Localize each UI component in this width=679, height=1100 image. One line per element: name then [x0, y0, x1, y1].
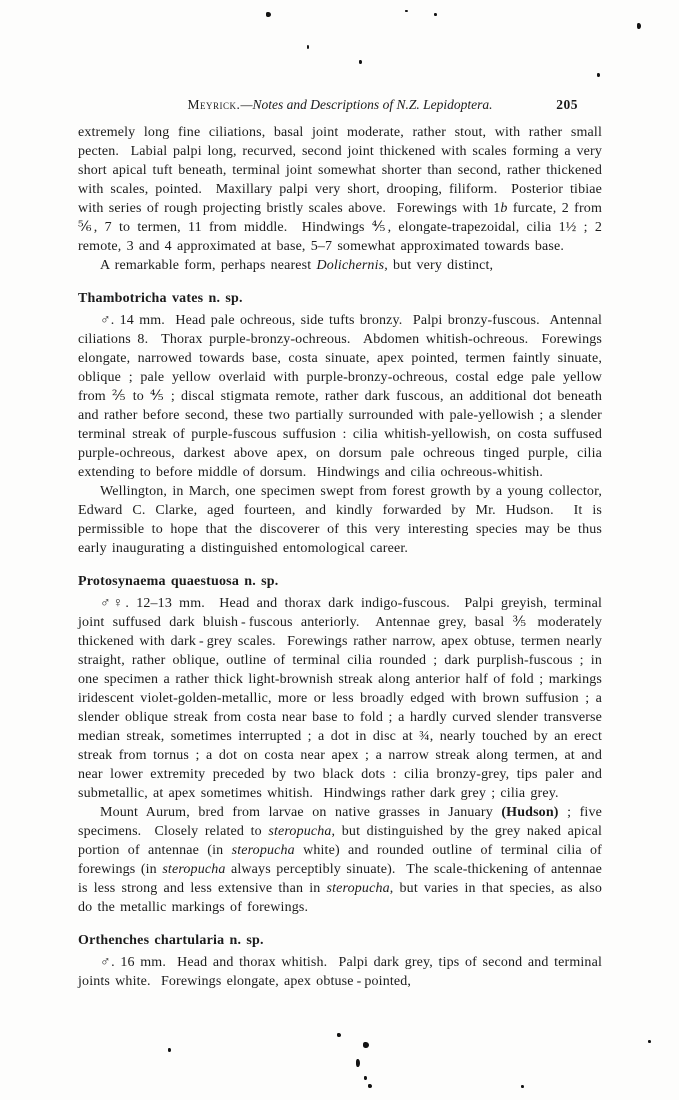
- text-run: ♂♀. 12–13 mm. Head and thorax dark indig…: [78, 596, 602, 801]
- paragraph: ♂. 14 mm. Head pale ochreous, side tufts…: [78, 311, 602, 482]
- scan-speck: [364, 1076, 367, 1080]
- paragraph: Wellington, in March, one specimen swept…: [78, 482, 602, 558]
- text-run: A remarkable form, perhaps nearest: [100, 258, 316, 273]
- paragraph: ♂. 16 mm. Head and thorax whitish. Palpi…: [78, 953, 602, 991]
- species-heading: Orthenches chartularia n. sp.: [78, 931, 602, 950]
- text-run: ♂. 14 mm. Head pale ochreous, side tufts…: [78, 313, 602, 480]
- scan-speck: [597, 73, 600, 77]
- scanned-page: Meyrick.—Notes and Descriptions of N.Z. …: [0, 0, 679, 1100]
- species-heading: Thambotricha vates n. sp.: [78, 289, 602, 308]
- scan-speck: [356, 1059, 360, 1067]
- text-run: Protosynaema quaestuosa n. sp.: [78, 574, 278, 589]
- scan-speck: [337, 1033, 341, 1037]
- text-run: Thambotricha vates n. sp.: [78, 291, 243, 306]
- scan-speck: [648, 1040, 651, 1043]
- text-run: Orthenches chartularia n. sp.: [78, 933, 264, 948]
- text-run: steropucha: [327, 881, 390, 896]
- scan-speck: [307, 45, 309, 49]
- text-run: Dolichernis: [316, 258, 384, 273]
- page-body: extremely long fine ciliations, basal jo…: [78, 123, 602, 991]
- scan-speck: [168, 1048, 171, 1052]
- paragraph: extremely long fine ciliations, basal jo…: [78, 123, 602, 256]
- scan-speck: [359, 60, 362, 64]
- paragraph: ♂♀. 12–13 mm. Head and thorax dark indig…: [78, 594, 602, 803]
- page-number: 205: [556, 96, 578, 113]
- scan-speck: [405, 10, 408, 12]
- paragraph: A remarkable form, perhaps nearest Dolic…: [78, 256, 602, 275]
- species-heading: Protosynaema quaestuosa n. sp.: [78, 572, 602, 591]
- scan-speck: [368, 1084, 372, 1088]
- scan-speck: [521, 1085, 524, 1088]
- scan-speck: [434, 13, 437, 16]
- text-run: ♂. 16 mm. Head and thorax whitish. Palpi…: [78, 955, 602, 989]
- running-head: Meyrick.—Notes and Descriptions of N.Z. …: [78, 96, 602, 113]
- text-run: , but very distinct,: [384, 258, 493, 273]
- running-head-author: Meyrick.: [188, 97, 241, 112]
- text-run: b: [500, 201, 507, 216]
- text-run: steropucha: [268, 824, 331, 839]
- text-run: Wellington, in March, one specimen swept…: [78, 484, 602, 556]
- text-run: steropucha: [232, 843, 295, 858]
- text-run: Mount Aurum, bred from larvae on native …: [100, 805, 501, 820]
- running-head-title: —Notes and Descriptions of N.Z. Lepidopt…: [240, 97, 492, 112]
- scan-speck: [637, 23, 641, 29]
- text-run: (Hudson): [501, 805, 558, 820]
- paragraph: Mount Aurum, bred from larvae on native …: [78, 803, 602, 917]
- text-run: steropucha: [162, 862, 225, 877]
- scan-speck: [266, 12, 271, 17]
- scan-speck: [363, 1042, 369, 1048]
